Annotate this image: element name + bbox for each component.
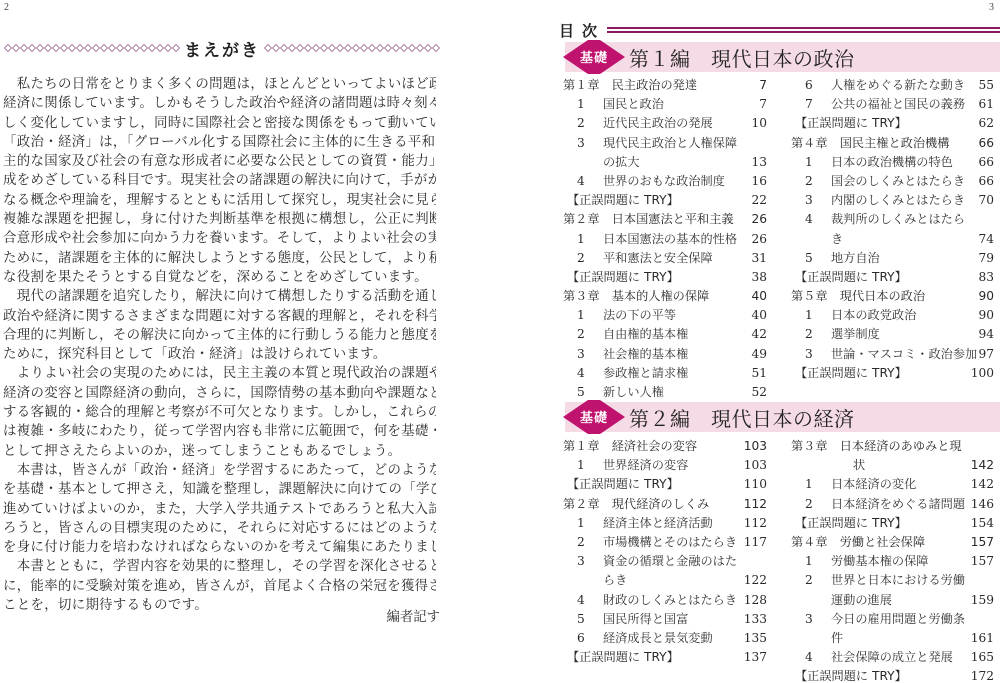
section-number: 1: [577, 306, 585, 325]
preface-line: 経済に関係しています。しかもそうした政治や経済の諸問題は時々刻々と激: [3, 94, 436, 113]
diamond-icon: [68, 44, 76, 52]
preface-line: 「政治・経済」は，「グローバル化する国際社会に主体的に生きる平和で民: [3, 133, 436, 152]
toc-page-number: 66: [978, 153, 994, 172]
toc-entry-label: 日本の政党政治: [831, 306, 916, 325]
toc-page-number: 157: [971, 552, 994, 571]
toc-entry-section: 1世界経済の変容103: [563, 456, 773, 475]
toc-page-number: 38: [751, 268, 767, 287]
toc-page-number: 117: [744, 533, 767, 552]
toc-entry-section: 4参政権と請求権51: [563, 364, 773, 383]
section-number: 1: [805, 306, 813, 325]
preface-line: 私たちの日常をとりまく多くの問題は，ほとんどといってよいほど政治や: [3, 75, 436, 94]
toc-entry-section: 2近代民主政治の発展10: [563, 114, 773, 133]
part-title: 第２編 現代日本の経済: [629, 403, 855, 432]
toc-entry-label: 第３章 日本経済のあゆみと現: [791, 437, 962, 456]
preface-line: 複雑な課題を把握し，身に付けた判断基準を根拠に構想し，公正に判断して: [3, 210, 436, 229]
toc-page-number: 66: [978, 134, 994, 153]
toc-entry-label: 公共の福祉と国民の義務: [831, 95, 965, 114]
toc-entry-section: 3社会権的基本権49: [563, 345, 773, 364]
section-number: 3: [577, 345, 585, 364]
toc-page-number: 103: [744, 456, 767, 475]
toc-entry-label: 参政権と請求権: [603, 364, 688, 383]
diamond-icon: [36, 44, 44, 52]
toc-entry-try: 【正誤問題に TRY】110: [563, 475, 773, 494]
preface-line: 合理的に判断し，その解決に向かって主体的に行動しうる能力と態度を養う: [3, 326, 436, 345]
diamond-icon: [304, 44, 312, 52]
toc-entry-try: 【正誤問題に TRY】62: [791, 114, 1000, 133]
toc-page-number: 110: [744, 475, 767, 494]
diamond-icon: [352, 44, 360, 52]
toc-column-part2-left: 第１章 経済社会の変容1031世界経済の変容103【正誤問題に TRY】110第…: [563, 437, 773, 667]
toc-entry-label: 【正誤問題に TRY】: [567, 648, 679, 667]
section-number: 4: [577, 172, 585, 191]
toc-page-number: 22: [751, 191, 767, 210]
preface-line: しく変化していますし，同時に国際社会と密接な関係をもって動いています。: [3, 114, 436, 133]
preface-line: 現代の諸課題を追究したり，解決に向けて構想したりする活動を通して，: [3, 287, 436, 306]
toc-entry-section: 2日本経済をめぐる諸問題146: [791, 495, 1000, 514]
toc-entry-label: 地方自治: [831, 249, 880, 268]
section-number: 2: [805, 571, 813, 590]
diamond-icon: [368, 44, 376, 52]
preface-header: まえがき: [4, 38, 436, 58]
toc-entry-label: 社会保障の成立と発展: [831, 648, 953, 667]
toc-entry-label: 裁判所のしくみとはたら: [831, 210, 965, 229]
toc-entry-chapter: 第４章 国民主権と政治機構66: [791, 134, 1000, 153]
toc-entry-label: 【正誤問題に TRY】: [795, 667, 907, 683]
toc-page-number: 103: [744, 437, 767, 456]
toc-page-number: 112: [744, 495, 767, 514]
diamond-icon: [344, 44, 352, 52]
section-number: 1: [577, 230, 585, 249]
toc-entry-try: 【正誤問題に TRY】83: [791, 268, 1000, 287]
preface-line: 本書は，皆さんが「政治・経済」を学習するにあたって，どのような事項: [3, 461, 436, 480]
section-number: 2: [805, 495, 813, 514]
toc-entry-label: 運動の進展: [831, 591, 892, 610]
toc-page-number: 142: [971, 475, 994, 494]
toc-entry-label: 【正誤問題に TRY】: [795, 364, 907, 383]
toc-page-number: 142: [971, 456, 994, 475]
toc-entry-label: 内閣のしくみとはたらき: [831, 191, 965, 210]
diamond-icon: [132, 44, 140, 52]
table-of-contents-page: 3 目次 基礎 第１編 現代日本の政治 第１章 民主政治の発達71国民と政治72…: [555, 0, 1000, 683]
toc-entry-section: 2世界と日本における労働: [791, 571, 1000, 590]
toc-entry-label: 第４章 労働と社会保障: [791, 533, 925, 552]
preface-line: を基礎・基本として押さえ，知識を整理し，課題解決に向けての「学び」を: [3, 480, 436, 499]
part-banner-1: 基礎 第１編 現代日本の政治: [565, 42, 1000, 72]
diamond-icon: [336, 44, 344, 52]
section-number: 3: [805, 191, 813, 210]
diamond-icon: [264, 44, 272, 52]
toc-entry-try: 【正誤問題に TRY】100: [791, 364, 1000, 383]
preface-line: なる概念や理論を，理解するとともに活用して探究し，現実社会に見られる: [3, 191, 436, 210]
toc-entry-label: らき: [603, 571, 627, 590]
section-number: 1: [577, 514, 585, 533]
diamond-icon: [376, 44, 384, 52]
toc-entry-cont: 運動の進展159: [791, 591, 1000, 610]
diamond-icon: [108, 44, 116, 52]
toc-entry-label: 第４章 国民主権と政治機構: [791, 134, 949, 153]
diamond-icon: [164, 44, 172, 52]
preface-line: は複雑・多岐にわたり，従って学習内容も非常に広範囲で，何を基礎・基本: [3, 422, 436, 441]
toc-entry-section: 3資金の循環と金融のはた: [563, 552, 773, 571]
toc-entry-label: 選挙制度: [831, 325, 880, 344]
toc-page-number: 7: [759, 76, 767, 95]
toc-entry-label: 法の下の平等: [603, 306, 676, 325]
section-number: 3: [805, 345, 813, 364]
toc-entry-section: 2選挙制度94: [791, 325, 1000, 344]
diamond-icon: [92, 44, 100, 52]
section-number: 5: [577, 610, 585, 629]
toc-entry-section: 3今日の雇用問題と労働条: [791, 610, 1000, 629]
diamond-icon: [116, 44, 124, 52]
toc-column-part2-right: 第３章 日本経済のあゆみと現状1421日本経済の変化1422日本経済をめぐる諸問…: [791, 437, 1000, 683]
toc-page-number: 49: [751, 345, 767, 364]
section-number: 3: [577, 134, 585, 153]
diamond-icon: [312, 44, 320, 52]
toc-page-number: 159: [971, 591, 994, 610]
toc-entry-chapter: 第２章 日本国憲法と平和主義26: [563, 210, 773, 229]
toc-entry-label: き: [831, 230, 843, 249]
section-number: 6: [805, 76, 813, 95]
toc-page-number: 90: [978, 287, 994, 306]
preface-line: ために，諸課題を主体的に解決しようとする態度，公民として，より積極的: [3, 249, 436, 268]
toc-page-number: 31: [751, 249, 767, 268]
toc-entry-cont: き74: [791, 230, 1000, 249]
toc-entry-section: 3内閣のしくみとはたらき70: [791, 191, 1000, 210]
toc-page-number: 55: [978, 76, 994, 95]
toc-page-number: 61: [978, 95, 994, 114]
preface-line: 主的な国家及び社会の有意な形成者に必要な公民としての資質・能力」の育: [3, 152, 436, 171]
diamond-icon: [4, 44, 12, 52]
preface-line: 進めていけばよいのか，また，大学入学共通テストであろうと私大入試であ: [3, 500, 436, 519]
page-number-right: 3: [989, 2, 994, 13]
diamond-icon: [84, 44, 92, 52]
toc-page-number: 90: [978, 306, 994, 325]
toc-entry-label: 【正誤問題に TRY】: [567, 191, 679, 210]
section-number: 5: [805, 249, 813, 268]
diamond-icon: [320, 44, 328, 52]
toc-entry-try: 【正誤問題に TRY】154: [791, 514, 1000, 533]
badge-label: 基礎: [563, 407, 625, 426]
toc-entry-label: 第１章 民主政治の発達: [563, 76, 697, 95]
toc-entry-label: 第２章 現代経済のしくみ: [563, 495, 709, 514]
toc-entry-section: 2平和憲法と安全保障31: [563, 249, 773, 268]
toc-page-number: 161: [971, 629, 994, 648]
toc-page-number: 42: [751, 325, 767, 344]
toc-page-number: 122: [744, 571, 767, 590]
section-number: 2: [577, 249, 585, 268]
section-number: 6: [577, 629, 585, 648]
toc-page-number: 154: [971, 514, 994, 533]
toc-heading-text: 目次: [559, 20, 605, 41]
toc-entry-label: 国民所得と国富: [603, 610, 688, 629]
toc-entry-section: 2市場機構とそのはたらき117: [563, 533, 773, 552]
toc-entry-section: 5国民所得と国富133: [563, 610, 773, 629]
toc-entry-section: 2国会のしくみとはたらき66: [791, 172, 1000, 191]
toc-entry-section: 1労働基本権の保障157: [791, 552, 1000, 571]
toc-entry-label: 人権をめぐる新たな動き: [831, 76, 965, 95]
diamond-icon: [408, 44, 416, 52]
toc-entry-label: 社会権的基本権: [603, 345, 688, 364]
toc-entry-section: 2自由権的基本権42: [563, 325, 773, 344]
toc-entry-cont: の拡大13: [563, 153, 773, 172]
toc-entry-section: 1経済主体と経済活動112: [563, 514, 773, 533]
toc-column-part1-right: 6人権をめぐる新たな動き557公共の福祉と国民の義務61【正誤問題に TRY】6…: [791, 76, 1000, 383]
toc-entry-label: 【正誤問題に TRY】: [795, 268, 907, 287]
toc-entry-section: 4財政のしくみとはたらき128: [563, 591, 773, 610]
toc-page-number: 128: [744, 591, 767, 610]
badge-label: 基礎: [563, 47, 625, 66]
toc-entry-label: 【正誤問題に TRY】: [795, 114, 907, 133]
toc-entry-label: 現代民主政治と人権保障: [603, 134, 737, 153]
section-number: 2: [577, 325, 585, 344]
diamond-icon: [148, 44, 156, 52]
toc-page-number: 83: [978, 268, 994, 287]
toc-page-number: 10: [751, 114, 767, 133]
toc-entry-label: 労働基本権の保障: [831, 552, 929, 571]
toc-entry-label: 今日の雇用問題と労働条: [831, 610, 965, 629]
toc-entry-section: 1日本の政治機構の特色66: [791, 153, 1000, 172]
toc-entry-label: 【正誤問題に TRY】: [795, 514, 907, 533]
diamond-icon: [328, 44, 336, 52]
diamond-icon: [140, 44, 148, 52]
preface-body: 私たちの日常をとりまく多くの問題は，ほとんどといってよいほど政治や経済に関係して…: [3, 75, 436, 615]
toc-page-number: 74: [978, 230, 994, 249]
toc-column-part1-left: 第１章 民主政治の発達71国民と政治72近代民主政治の発展103現代民主政治と人…: [563, 76, 773, 402]
toc-entry-section: 6人権をめぐる新たな動き55: [791, 76, 1000, 95]
toc-entry-section: 4社会保障の成立と発展165: [791, 648, 1000, 667]
toc-entry-label: 日本経済の変化: [831, 475, 916, 494]
toc-page-number: 165: [971, 648, 994, 667]
toc-entry-section: 1日本国憲法の基本的性格26: [563, 230, 773, 249]
diamond-icon: [20, 44, 28, 52]
preface-line: に，能率的に受験対策を進め，皆さんが，首尾よく合格の栄冠を獲得される: [3, 577, 436, 596]
toc-entry-label: 資金の循環と金融のはた: [603, 552, 737, 571]
preface-line: を身に付け能力を培わなければならないのかを考えて編集にあたりました。: [3, 538, 436, 557]
toc-entry-label: 件: [831, 629, 843, 648]
section-number: 4: [577, 591, 585, 610]
toc-entry-label: 第５章 現代日本の政治: [791, 287, 925, 306]
preface-line: する客観的・総合的理解と考察が不可欠となります。しかし，これらの問題: [3, 403, 436, 422]
toc-page-number: 26: [751, 210, 767, 229]
toc-page-number: 16: [751, 172, 767, 191]
diamond-icon: [28, 44, 36, 52]
toc-page-number: 100: [971, 364, 994, 383]
diamond-icon: [280, 44, 288, 52]
toc-entry-chapcont: 状142: [791, 456, 1000, 475]
toc-entry-try: 【正誤問題に TRY】38: [563, 268, 773, 287]
toc-entry-label: 【正誤問題に TRY】: [567, 268, 679, 287]
preface-line: ために，探究科目として「政治・経済」は設けられています。: [3, 345, 436, 364]
preface-line: 政治や経済に関するさまざまな問題に対する客観的理解と，それを科学的・: [3, 307, 436, 326]
diamond-icon: [60, 44, 68, 52]
diamond-icon: [384, 44, 392, 52]
preface-line: 経済の変容と国際経済の動向，さらに，国際情勢の基本動向や課題などに対: [3, 384, 436, 403]
diamond-icon: [400, 44, 408, 52]
section-number: 4: [805, 648, 813, 667]
section-number: 1: [805, 552, 813, 571]
toc-entry-section: 4裁判所のしくみとはたら: [791, 210, 1000, 229]
toc-entry-chapter: 第３章 日本経済のあゆみと現: [791, 437, 1000, 456]
toc-page-number: 26: [751, 230, 767, 249]
diamond-ornament-right: [264, 44, 440, 52]
diamond-icon: [172, 44, 180, 52]
diamond-ornament-left: [4, 44, 180, 52]
toc-page-number: 135: [744, 629, 767, 648]
toc-entry-label: 自由権的基本権: [603, 325, 688, 344]
toc-entry-section: 4世界のおもな政治制度16: [563, 172, 773, 191]
section-number: 3: [577, 552, 585, 571]
toc-entry-try: 【正誤問題に TRY】137: [563, 648, 773, 667]
toc-entry-label: 日本の政治機構の特色: [831, 153, 953, 172]
preface-page: 2 まえがき 私たちの日常をとりまく多くの問題は，ほとんどといってよいほど政治や…: [0, 0, 440, 683]
toc-entry-section: 1国民と政治7: [563, 95, 773, 114]
preface-line: 本書とともに，学習内容を効果的に整理し，その学習を深化させるととも: [3, 557, 436, 576]
toc-entry-try: 【正誤問題に TRY】172: [791, 667, 1000, 683]
diamond-icon: [44, 44, 52, 52]
toc-entry-label: 状: [853, 456, 865, 475]
diamond-icon: [432, 44, 440, 52]
preface-line: 合意形成や社会参加に向かう力を養います。そして，よりよい社会の実現の: [3, 229, 436, 248]
diamond-icon: [392, 44, 400, 52]
toc-page-number: 94: [978, 325, 994, 344]
diamond-icon: [12, 44, 20, 52]
section-number: 1: [805, 475, 813, 494]
toc-entry-cont: らき122: [563, 571, 773, 590]
toc-entry-label: 財政のしくみとはたらき: [603, 591, 737, 610]
toc-page-number: 13: [751, 153, 767, 172]
toc-entry-section: 1法の下の平等40: [563, 306, 773, 325]
toc-entry-section: 6経済成長と景気変動135: [563, 629, 773, 648]
toc-page-number: 97: [978, 345, 994, 364]
toc-page-number: 133: [744, 610, 767, 629]
diamond-icon: [416, 44, 424, 52]
toc-page-number: 157: [971, 533, 994, 552]
toc-entry-label: 経済主体と経済活動: [603, 514, 713, 533]
toc-entry-chapter: 第４章 労働と社会保障157: [791, 533, 1000, 552]
part-banner-2: 基礎 第２編 現代日本の経済: [565, 402, 1000, 432]
toc-entry-label: 第３章 基本的人権の保障: [563, 287, 709, 306]
toc-entry-label: 平和憲法と安全保障: [603, 249, 713, 268]
preface-line: ろうと，皆さんの目標実現のために，それらに対応するにはどのような知識: [3, 519, 436, 538]
section-number: 3: [805, 610, 813, 629]
toc-entry-label: 日本経済をめぐる諸問題: [831, 495, 965, 514]
toc-entry-chapter: 第５章 現代日本の政治90: [791, 287, 1000, 306]
toc-page-number: 112: [744, 514, 767, 533]
toc-entry-section: 5地方自治79: [791, 249, 1000, 268]
preface-title: まえがき: [180, 36, 264, 61]
preface-line: な役割を果たそうとする自覚などを，深めることをめざしています。: [3, 268, 436, 287]
toc-entry-label: 国民と政治: [603, 95, 664, 114]
section-number: 1: [577, 95, 585, 114]
toc-entry-label: 国会のしくみとはたらき: [831, 172, 965, 191]
section-number: 4: [577, 364, 585, 383]
page-number-left: 2: [4, 2, 9, 13]
diamond-icon: [100, 44, 108, 52]
double-rule-divider: [607, 27, 1000, 33]
section-number: 2: [805, 325, 813, 344]
section-number: 4: [805, 210, 813, 229]
toc-page-number: 137: [744, 648, 767, 667]
diamond-icon: [296, 44, 304, 52]
section-number: 1: [805, 153, 813, 172]
toc-entry-section: 3世論・マスコミ・政治参加97: [791, 345, 1000, 364]
toc-page-number: 40: [751, 287, 767, 306]
toc-page-number: 62: [978, 114, 994, 133]
toc-entry-chapter: 第３章 基本的人権の保障40: [563, 287, 773, 306]
toc-entry-try: 【正誤問題に TRY】22: [563, 191, 773, 210]
toc-entry-label: 世界のおもな政治制度: [603, 172, 725, 191]
section-number: 2: [577, 114, 585, 133]
toc-entry-section: 7公共の福祉と国民の義務61: [791, 95, 1000, 114]
toc-page-number: 146: [971, 495, 994, 514]
section-number: 2: [805, 172, 813, 191]
toc-entry-label: 第２章 日本国憲法と平和主義: [563, 210, 734, 229]
toc-entry-label: 市場機構とそのはたらき: [603, 533, 737, 552]
toc-entry-section: 3現代民主政治と人権保障: [563, 134, 773, 153]
toc-page-number: 79: [978, 249, 994, 268]
toc-entry-label: 世界経済の変容: [603, 456, 688, 475]
toc-entry-label: 【正誤問題に TRY】: [567, 475, 679, 494]
kiso-badge: 基礎: [563, 402, 625, 432]
toc-heading: 目次: [559, 20, 1000, 40]
toc-entry-section: 1日本の政党政治90: [791, 306, 1000, 325]
toc-page-number: 172: [971, 667, 994, 683]
toc-entry-label: 経済成長と景気変動: [603, 629, 713, 648]
toc-entry-label: 近代民主政治の発展: [603, 114, 713, 133]
preface-line: 成をめざしている科目です。現実社会の諸課題の解決に向けて，手がかりと: [3, 171, 436, 190]
toc-entry-label: 第１章 経済社会の変容: [563, 437, 697, 456]
kiso-badge: 基礎: [563, 42, 625, 72]
toc-page-number: 40: [751, 306, 767, 325]
diamond-icon: [52, 44, 60, 52]
toc-entry-label: 世界と日本における労働: [831, 571, 965, 590]
toc-page-number: 70: [978, 191, 994, 210]
toc-entry-chapter: 第１章 民主政治の発達7: [563, 76, 773, 95]
toc-entry-cont: 件161: [791, 629, 1000, 648]
toc-page-number: 51: [751, 364, 767, 383]
preface-signature: 編者記す: [3, 606, 440, 625]
diamond-icon: [124, 44, 132, 52]
section-number: 7: [805, 95, 813, 114]
preface-line: よりよい社会の実現のためには，民主主義の本質と現代政治の課題や現代: [3, 364, 436, 383]
toc-entry-chapter: 第２章 現代経済のしくみ112: [563, 495, 773, 514]
diamond-icon: [288, 44, 296, 52]
toc-entry-section: 1日本経済の変化142: [791, 475, 1000, 494]
diamond-icon: [424, 44, 432, 52]
toc-entry-label: 日本国憲法の基本的性格: [603, 230, 737, 249]
toc-page-number: 66: [978, 172, 994, 191]
section-number: 1: [577, 456, 585, 475]
part-title: 第１編 現代日本の政治: [629, 43, 855, 72]
diamond-icon: [272, 44, 280, 52]
toc-entry-label: の拡大: [603, 153, 640, 172]
toc-page-number: 7: [759, 95, 767, 114]
toc-page-number: 52: [751, 383, 767, 402]
diamond-icon: [360, 44, 368, 52]
section-number: 2: [577, 533, 585, 552]
toc-entry-chapter: 第１章 経済社会の変容103: [563, 437, 773, 456]
preface-line: として押さえたらよいのか，迷ってしまうこともあるでしょう。: [3, 442, 436, 461]
diamond-icon: [156, 44, 164, 52]
toc-entry-label: 世論・マスコミ・政治参加: [831, 345, 977, 364]
diamond-icon: [76, 44, 84, 52]
